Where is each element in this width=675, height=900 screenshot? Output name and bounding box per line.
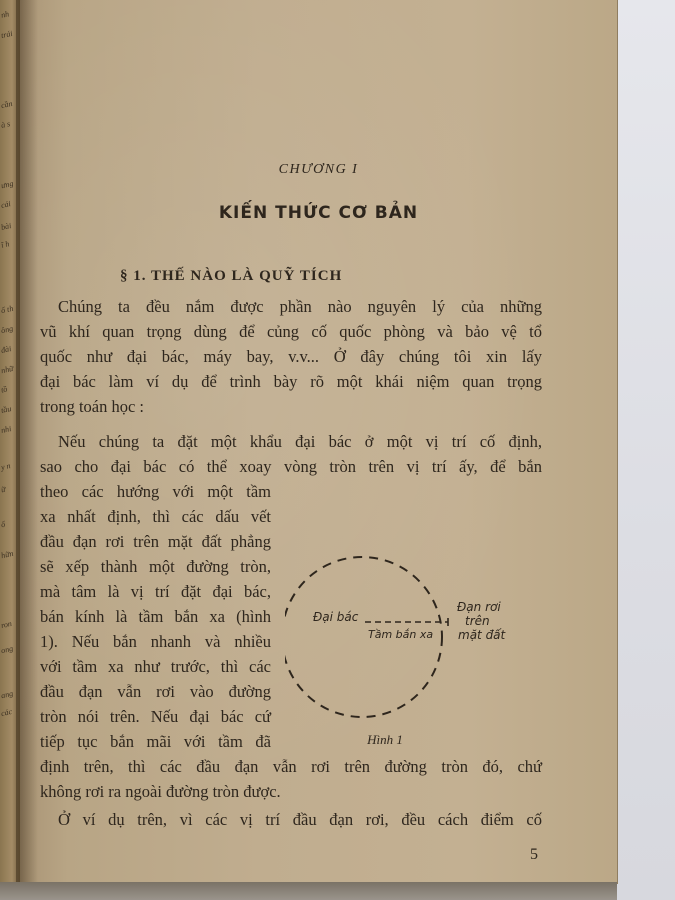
- paragraph-line: sẽ xếp thành một đường tròn,: [40, 557, 271, 577]
- paragraph-line: Chúng ta đều nắm được phần nào nguyên lý…: [58, 297, 542, 317]
- prev-page-fragment: đài: [0, 344, 12, 355]
- prev-page-fragment: bài: [0, 221, 12, 232]
- background-surface: [617, 0, 675, 900]
- paragraph-line: đại bác làm ví dụ để trình bày rõ một kh…: [40, 372, 542, 392]
- figure-caption: Hình 1: [285, 732, 485, 748]
- paragraph-line: mà tâm là vị trí đặt đại bác,: [40, 582, 271, 602]
- prev-page-fragment: nh: [0, 9, 10, 19]
- paragraph-line: vũ khí quan trọng dùng để củng cố quốc p…: [40, 322, 542, 342]
- paragraph-line: Ở ví dụ trên, vì các vị trí đầu đạn rơi,…: [58, 810, 542, 830]
- paragraph-line: đầu đạn rơi trên mặt đất phẳng: [40, 532, 271, 552]
- prev-page-fragment: ang: [0, 689, 14, 700]
- prev-page-fragment: ron: [0, 619, 12, 630]
- prev-page-fragment: tầu: [0, 404, 12, 415]
- paragraph-line: quốc như đại bác, máy bay, v.v... Ở đây …: [40, 347, 542, 367]
- prev-page-fragment: à s: [0, 119, 11, 130]
- figure-1: Đại bác Tầm bắn xa Đạn rơi trên mặt đất …: [285, 540, 555, 750]
- prev-page-fragment: ố: [0, 520, 6, 530]
- figure-label-impact: trên: [465, 614, 490, 628]
- figure-label-cannon: Đại bác: [313, 610, 358, 624]
- prev-page-fragment: ố th: [0, 304, 14, 315]
- section-heading: § 1. THẾ NÀO LÀ QUỸ TÍCH: [120, 268, 342, 285]
- prev-page-fragment: cần: [0, 99, 13, 110]
- prev-page-fragment: các: [0, 707, 13, 718]
- prev-page-fragment: ĩ h: [0, 239, 10, 250]
- prev-page-fragment: nhi: [0, 424, 12, 435]
- paragraph-line: Nếu chúng ta đặt một khẩu đại bác ở một …: [58, 432, 542, 452]
- page-number: 5: [530, 846, 538, 864]
- paragraph-line: tròn nói trên. Nếu đại bác cứ: [40, 707, 271, 727]
- prev-page-fragment: hữn: [0, 549, 14, 560]
- figure-label-impact: mặt đất: [458, 628, 505, 642]
- paragraph-line: sao cho đại bác có thể xoay vòng tròn tr…: [40, 457, 542, 477]
- chapter-title: KIẾN THỨC CƠ BẢN: [20, 203, 617, 223]
- paragraph-line: đầu đạn vẫn rơi vào đường: [40, 682, 271, 702]
- paragraph-line: tiếp tục bắn mãi với tầm đã: [40, 732, 271, 752]
- gutter-shadow: [16, 0, 38, 882]
- paragraph-line: trong toán học :: [40, 397, 144, 417]
- paragraph-line: với tầm xa như trước, thì các: [40, 657, 271, 677]
- prev-page-fragment: ữ: [0, 485, 6, 495]
- paragraph-line: theo các hướng với một tầm: [40, 482, 271, 502]
- prev-page-fragment: cái: [0, 199, 11, 210]
- paragraph-line: 1). Nếu bắn nhanh và nhiều: [40, 632, 271, 652]
- prev-page-fragment: trái: [0, 29, 13, 40]
- prev-page-fragment: tồ: [0, 384, 8, 394]
- prev-page-fragment: ong: [0, 644, 14, 655]
- figure-label-impact: Đạn rơi: [457, 600, 501, 614]
- paragraph-line: xa nhất định, thì các dấu vết: [40, 507, 271, 527]
- chapter-label: CHƯƠNG I: [20, 162, 617, 178]
- paragraph-line: định trên, thì các đầu đạn vẫn rơi trên …: [40, 757, 542, 777]
- prev-page-fragment: y n: [0, 461, 11, 472]
- prev-page-fragment: ưng: [0, 179, 14, 190]
- paragraph-line: bán kính là tầm bắn xa (hình: [40, 607, 271, 627]
- prev-page-fragment: ông: [0, 324, 14, 335]
- prev-page-fragment: nhữ: [0, 364, 14, 375]
- page-bottom-edge: [0, 882, 617, 900]
- book-page: CHƯƠNG I KIẾN THỨC CƠ BẢN § 1. THẾ NÀO L…: [20, 0, 617, 884]
- paragraph-line: không rơi ra ngoài đường tròn được.: [40, 782, 281, 802]
- figure-label-range: Tầm bắn xa: [368, 628, 433, 641]
